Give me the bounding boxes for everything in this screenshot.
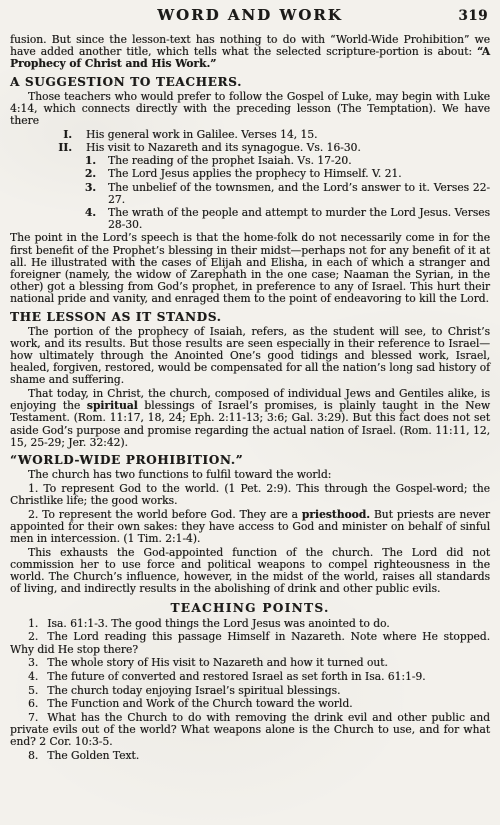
outline-text: The unbelief of the townsmen, and the Lo… bbox=[108, 182, 490, 206]
outline-text: His visit to Nazareth and its synagogue.… bbox=[86, 142, 490, 154]
outline-text: The Lord Jesus applies the prophecy to H… bbox=[108, 168, 490, 180]
paragraph-continuation: fusion. But since the lesson-text has no… bbox=[10, 34, 490, 71]
teaching-point-1: 1.Isa. 61:1-3. The good things the Lord … bbox=[10, 618, 490, 630]
section-heading-teaching-points: TEACHING POINTS. bbox=[10, 602, 490, 615]
teaching-point-text: Isa. 61:1-3. The good things the Lord Je… bbox=[47, 617, 389, 630]
outline-marker: 1. bbox=[76, 155, 96, 167]
outline-marker: I. bbox=[44, 129, 72, 141]
section-heading-suggestion: A SUGGESTION TO TEACHERS. bbox=[10, 76, 490, 89]
outline-subitem-2: 2. The Lord Jesus applies the prophecy t… bbox=[10, 168, 490, 180]
teaching-point-4: 4.The future of converted and restored I… bbox=[10, 671, 490, 683]
paragraph-prohibition-closing: This exhausts the God-appointed function… bbox=[10, 547, 490, 596]
outline-subitem-4: 4. The wrath of the people and attempt t… bbox=[10, 207, 490, 231]
section-heading-prohibition: “WORLD-WIDE PROHIBITION.” bbox=[10, 454, 490, 467]
continuation-text: fusion. But since the lesson-text has no… bbox=[10, 33, 490, 58]
teaching-point-number: 7. bbox=[28, 711, 38, 724]
teaching-point-number: 1. bbox=[28, 617, 38, 630]
paragraph-function-2: 2. To represent the world before God. Th… bbox=[10, 509, 490, 546]
outline-item-1: I. His general work in Galilee. Verses 1… bbox=[10, 129, 490, 141]
teaching-point-7: 7.What has the Church to do with removin… bbox=[10, 712, 490, 749]
teaching-point-8: 8.The Golden Text. bbox=[10, 750, 490, 762]
teaching-point-text: The Function and Work of the Church towa… bbox=[47, 697, 352, 710]
teaching-point-number: 6. bbox=[28, 697, 38, 710]
teaching-point-5: 5.The church today enjoying Israel’s spi… bbox=[10, 685, 490, 697]
outline-subitem-1: 1. The reading of the prophet Isaiah. Vs… bbox=[10, 155, 490, 167]
teaching-point-6: 6.The Function and Work of the Church to… bbox=[10, 698, 490, 710]
outline-text: His general work in Galilee. Verses 14, … bbox=[86, 129, 490, 141]
paragraph-prohibition-intro: The church has two functions to fulfil t… bbox=[10, 469, 490, 481]
paragraph-lesson-2: That today, in Christ, the church, compo… bbox=[10, 388, 490, 449]
teaching-point-text: The church today enjoying Israel’s spiri… bbox=[47, 684, 340, 697]
teaching-point-text: What has the Church to do with removing … bbox=[10, 711, 490, 748]
outline-text: The reading of the prophet Isaiah. Vs. 1… bbox=[108, 155, 490, 167]
teaching-point-number: 5. bbox=[28, 684, 38, 697]
outline-subitem-3: 3. The unbelief of the townsmen, and the… bbox=[10, 182, 490, 206]
paragraph-suggestion-intro: Those teachers who would prefer to follo… bbox=[10, 91, 490, 128]
outline-marker: 4. bbox=[76, 207, 96, 231]
teaching-point-2: 2.The Lord reading this passage Himself … bbox=[10, 631, 490, 655]
teaching-point-text: The future of converted and restored Isr… bbox=[47, 670, 425, 683]
paragraph-suggestion-comment: The point in the Lord’s speech is that t… bbox=[10, 232, 490, 305]
teaching-point-number: 2. bbox=[28, 630, 38, 643]
page-number: 319 bbox=[458, 7, 488, 25]
lesson-2-bold: spiritual bbox=[87, 399, 138, 412]
outline-marker: II. bbox=[44, 142, 72, 154]
publication-title: WORD AND WORK bbox=[157, 6, 343, 24]
section-heading-lesson: THE LESSON AS IT STANDS. bbox=[10, 311, 490, 324]
document-page: WORD AND WORK 319 fusion. But since the … bbox=[0, 0, 500, 825]
teaching-point-text: The Golden Text. bbox=[47, 749, 139, 762]
teaching-point-text: The whole story of His visit to Nazareth… bbox=[47, 656, 388, 669]
page-header: WORD AND WORK 319 bbox=[10, 6, 490, 24]
outline-marker: 2. bbox=[76, 168, 96, 180]
outline-item-2: II. His visit to Nazareth and its synago… bbox=[10, 142, 490, 154]
paragraph-function-1: 1. To represent God to the world. (1 Pet… bbox=[10, 483, 490, 507]
outline-text: The wrath of the people and attempt to m… bbox=[108, 207, 490, 231]
teaching-point-number: 4. bbox=[28, 670, 38, 683]
teaching-point-number: 8. bbox=[28, 749, 38, 762]
teaching-point-3: 3.The whole story of His visit to Nazare… bbox=[10, 657, 490, 669]
teaching-point-number: 3. bbox=[28, 656, 38, 669]
outline-marker: 3. bbox=[76, 182, 96, 206]
function-2-lead: 2. To represent the world before God. Th… bbox=[28, 508, 302, 521]
paragraph-lesson-1: The portion of the prophecy of Isaiah, r… bbox=[10, 326, 490, 387]
function-2-bold: priesthood. bbox=[302, 508, 370, 521]
teaching-point-text: The Lord reading this passage Himself in… bbox=[10, 630, 490, 655]
